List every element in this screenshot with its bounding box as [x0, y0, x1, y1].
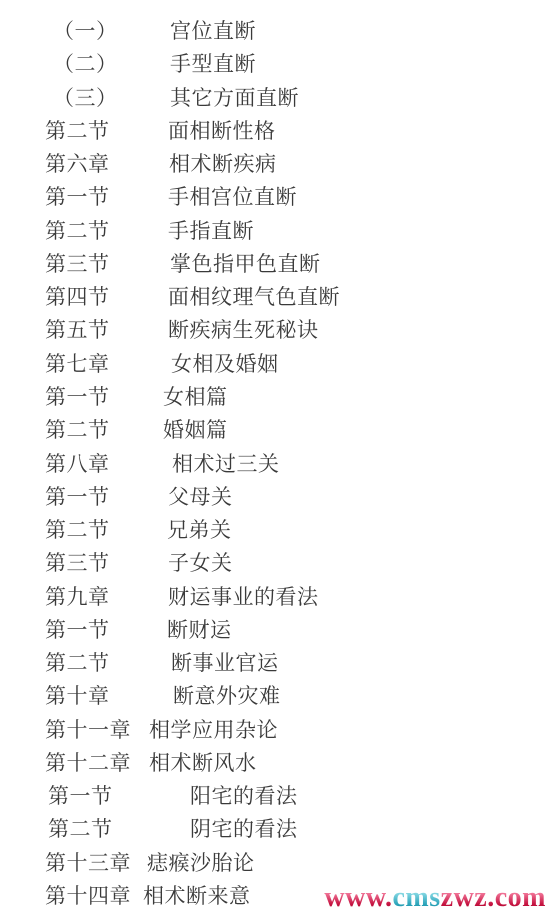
toc-row-label: 第七章	[45, 351, 110, 377]
toc-row-label: 第二节	[48, 816, 113, 842]
toc-row-label: 第三节	[45, 550, 110, 576]
toc-row: 第一节父母关	[0, 484, 549, 510]
toc-row-title: 断财运	[167, 617, 232, 643]
toc-row: 第十二章相术断风水	[0, 750, 549, 776]
toc-row: 第四节面相纹理气色直断	[0, 284, 549, 310]
toc-row-title: 面相断性格	[168, 118, 276, 144]
watermark-segment: .com	[487, 882, 546, 913]
toc-row-title: 断意外灾难	[173, 683, 281, 709]
toc-row-label: 第二节	[45, 118, 110, 144]
toc-row-title: 相术过三关	[172, 451, 280, 477]
toc-row: 第二节断事业官运	[0, 650, 549, 676]
toc-row-title: 兄弟关	[167, 517, 232, 543]
toc-row-title: 子女关	[168, 550, 233, 576]
toc-row-title: 其它方面直断	[170, 85, 299, 111]
toc-row: 第九章财运事业的看法	[0, 584, 549, 610]
toc-row-title: 阳宅的看法	[190, 783, 298, 809]
toc-row-label: 第三节	[45, 251, 110, 277]
toc-row-label: 第一节	[45, 184, 110, 210]
watermark-segment: www.	[324, 882, 392, 913]
toc-row-label: （二）	[53, 51, 118, 77]
toc-row-title: 婚姻篇	[163, 417, 228, 443]
toc-row-label: 第十三章	[45, 850, 131, 876]
toc-row-label: 第一节	[48, 783, 113, 809]
toc-row: 第三节子女关	[0, 550, 549, 576]
toc-row: 第一节阳宅的看法	[0, 783, 549, 809]
toc-row-label: 第十一章	[45, 717, 131, 743]
toc-row-label: 第一节	[45, 384, 110, 410]
toc-row: 第二节手指直断	[0, 218, 549, 244]
toc-row: 第八章相术过三关	[0, 451, 549, 477]
toc-row-title: 财运事业的看法	[168, 584, 319, 610]
toc-row: 第一节女相篇	[0, 384, 549, 410]
toc-row-title: 相术断疾病	[169, 151, 277, 177]
watermark-segment: cms	[393, 882, 441, 913]
toc-row-title: 掌色指甲色直断	[170, 251, 321, 277]
toc-row-title: 手指直断	[168, 218, 254, 244]
toc-row-label: 第一节	[45, 617, 110, 643]
site-watermark: www.cmszwz.com	[324, 883, 546, 913]
toc-row-title: 痣瘊沙胎论	[147, 850, 255, 876]
toc-row-label: 第八章	[45, 451, 110, 477]
toc-row-label: 第二节	[45, 650, 110, 676]
toc-row-title: 手相宫位直断	[168, 184, 297, 210]
toc-row-title: 女相及婚姻	[171, 351, 279, 377]
toc-row-label: 第十章	[45, 683, 110, 709]
watermark-segment: zwz	[441, 882, 488, 913]
toc-row-title: 断疾病生死秘诀	[168, 317, 319, 343]
toc-row: 第六章相术断疾病	[0, 151, 549, 177]
toc-row: 第七章女相及婚姻	[0, 351, 549, 377]
toc-row-title: 面相纹理气色直断	[168, 284, 340, 310]
toc-row-label: 第五节	[45, 317, 110, 343]
toc-row: 第五节断疾病生死秘诀	[0, 317, 549, 343]
toc-row-title: 女相篇	[163, 384, 228, 410]
toc-row-label: 第十四章	[45, 883, 131, 909]
toc-row-title: 阴宅的看法	[190, 816, 298, 842]
toc-row: 第十三章痣瘊沙胎论	[0, 850, 549, 876]
toc-row: （二）手型直断	[0, 51, 549, 77]
toc-row: 第十一章相学应用杂论	[0, 717, 549, 743]
toc-row-title: 相术断来意	[143, 883, 251, 909]
toc-row: 第一节手相宫位直断	[0, 184, 549, 210]
toc-row-label: 第四节	[45, 284, 110, 310]
toc-row: 第十章断意外灾难	[0, 683, 549, 709]
toc-row-label: 第二节	[45, 417, 110, 443]
toc-row-label: 第二节	[45, 218, 110, 244]
toc-row-label: 第六章	[45, 151, 110, 177]
toc-row-title: 父母关	[168, 484, 233, 510]
toc-row-label: 第九章	[45, 584, 110, 610]
toc-row-title: 断事业官运	[171, 650, 279, 676]
toc-row-label: 第一节	[45, 484, 110, 510]
toc-row: 第一节断财运	[0, 617, 549, 643]
toc-row: 第二节面相断性格	[0, 118, 549, 144]
toc-page: （一）宫位直断（二）手型直断（三）其它方面直断第二节面相断性格第六章相术断疾病第…	[0, 0, 549, 917]
toc-row: （三）其它方面直断	[0, 85, 549, 111]
toc-row: 第三节掌色指甲色直断	[0, 251, 549, 277]
toc-row-label: 第二节	[45, 517, 110, 543]
toc-row: 第二节阴宅的看法	[0, 816, 549, 842]
toc-row: 第二节婚姻篇	[0, 417, 549, 443]
toc-row-label: （一）	[53, 18, 118, 44]
toc-row-title: 相学应用杂论	[149, 717, 278, 743]
toc-row-label: 第十二章	[45, 750, 131, 776]
toc-row: 第二节兄弟关	[0, 517, 549, 543]
toc-row-label: （三）	[53, 85, 118, 111]
toc-row: （一）宫位直断	[0, 18, 549, 44]
toc-row-title: 相术断风水	[149, 750, 257, 776]
toc-row-title: 手型直断	[170, 51, 256, 77]
toc-row-title: 宫位直断	[170, 18, 256, 44]
